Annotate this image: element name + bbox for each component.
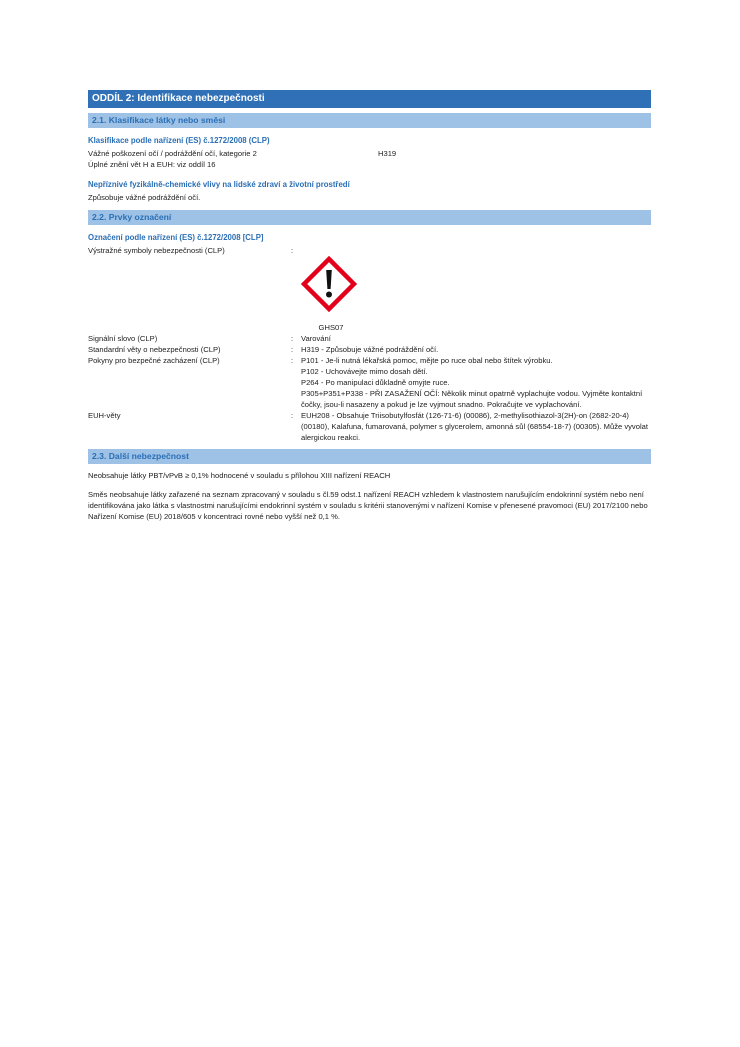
precaution-item: P101 - Je-li nutná lékařská pomoc, mějte… bbox=[301, 355, 651, 366]
euh-statements-row: EUH-věty : EUH208 - Obsahuje Triisobutyl… bbox=[88, 410, 651, 443]
hazard-statements-value: H319 - Způsobuje vážné podráždění očí. bbox=[301, 344, 651, 355]
section-title: ODDÍL 2: Identifikace nebezpečnosti bbox=[88, 90, 651, 108]
precautionary-statements-row: Pokyny pro bezpečné zacházení (CLP) : P1… bbox=[88, 355, 651, 410]
subsection-2-3-title: 2.3. Další nebezpečnost bbox=[88, 449, 651, 464]
classification-code: H319 bbox=[378, 148, 396, 159]
signal-word-label: Signální slovo (CLP) bbox=[88, 333, 291, 344]
precaution-item: P102 - Uchovávejte mimo dosah dětí. bbox=[301, 366, 651, 377]
precautionary-statements-label: Pokyny pro bezpečné zacházení (CLP) bbox=[88, 355, 291, 410]
classification-text: Vážné poškození očí / podráždění očí, ka… bbox=[88, 149, 257, 158]
effects-text: Způsobuje vážné podráždění očí. bbox=[88, 192, 651, 203]
euh-statements-value: EUH208 - Obsahuje Triisobutylfosfát (126… bbox=[301, 410, 651, 443]
signal-word-row: Signální slovo (CLP) : Varování bbox=[88, 333, 651, 344]
label-elements-heading: Označení podle nařízení (ES) č.1272/2008… bbox=[88, 232, 651, 243]
endocrine-text: Směs neobsahuje látky zařazené na seznam… bbox=[88, 489, 651, 522]
effects-heading: Nepříznivé fyzikálně-chemické vlivy na l… bbox=[88, 179, 651, 190]
pbt-text: Neobsahuje látky PBT/vPvB ≥ 0,1% hodnoce… bbox=[88, 470, 651, 481]
ghs07-exclamation-icon bbox=[301, 256, 357, 312]
euh-statements-label: EUH-věty bbox=[88, 410, 291, 443]
pictograms-label: Výstražné symboly nebezpečnosti (CLP) bbox=[88, 245, 291, 256]
clp-classification-heading: Klasifikace podle nařízení (ES) č.1272/2… bbox=[88, 135, 651, 146]
hazard-statements-label: Standardní věty o nebezpečnosti (CLP) bbox=[88, 344, 291, 355]
classification-row: Vážné poškození očí / podráždění očí, ka… bbox=[88, 148, 651, 159]
sds-section-2: ODDÍL 2: Identifikace nebezpečnosti 2.1.… bbox=[88, 90, 651, 522]
subsection-2-1-title: 2.1. Klasifikace látky nebo směsi bbox=[88, 113, 651, 128]
precaution-item: P305+P351+P338 - PŘI ZASAŽENÍ OČÍ: Někol… bbox=[301, 388, 651, 410]
subsection-2-2-title: 2.2. Prvky označení bbox=[88, 210, 651, 225]
signal-word-value: Varování bbox=[301, 333, 651, 344]
pictogram-code: GHS07 bbox=[301, 322, 361, 333]
full-text-note: Úplné znění vět H a EUH: viz oddíl 16 bbox=[88, 159, 651, 170]
precautionary-statements-list: P101 - Je-li nutná lékařská pomoc, mějte… bbox=[301, 355, 651, 410]
hazard-statements-row: Standardní věty o nebezpečnosti (CLP) : … bbox=[88, 344, 651, 355]
pictogram-block: GHS07 bbox=[301, 256, 361, 333]
pictograms-row: Výstražné symboly nebezpečnosti (CLP) : bbox=[88, 245, 651, 256]
precaution-item: P264 - Po manipulaci důkladně omyjte ruc… bbox=[301, 377, 651, 388]
